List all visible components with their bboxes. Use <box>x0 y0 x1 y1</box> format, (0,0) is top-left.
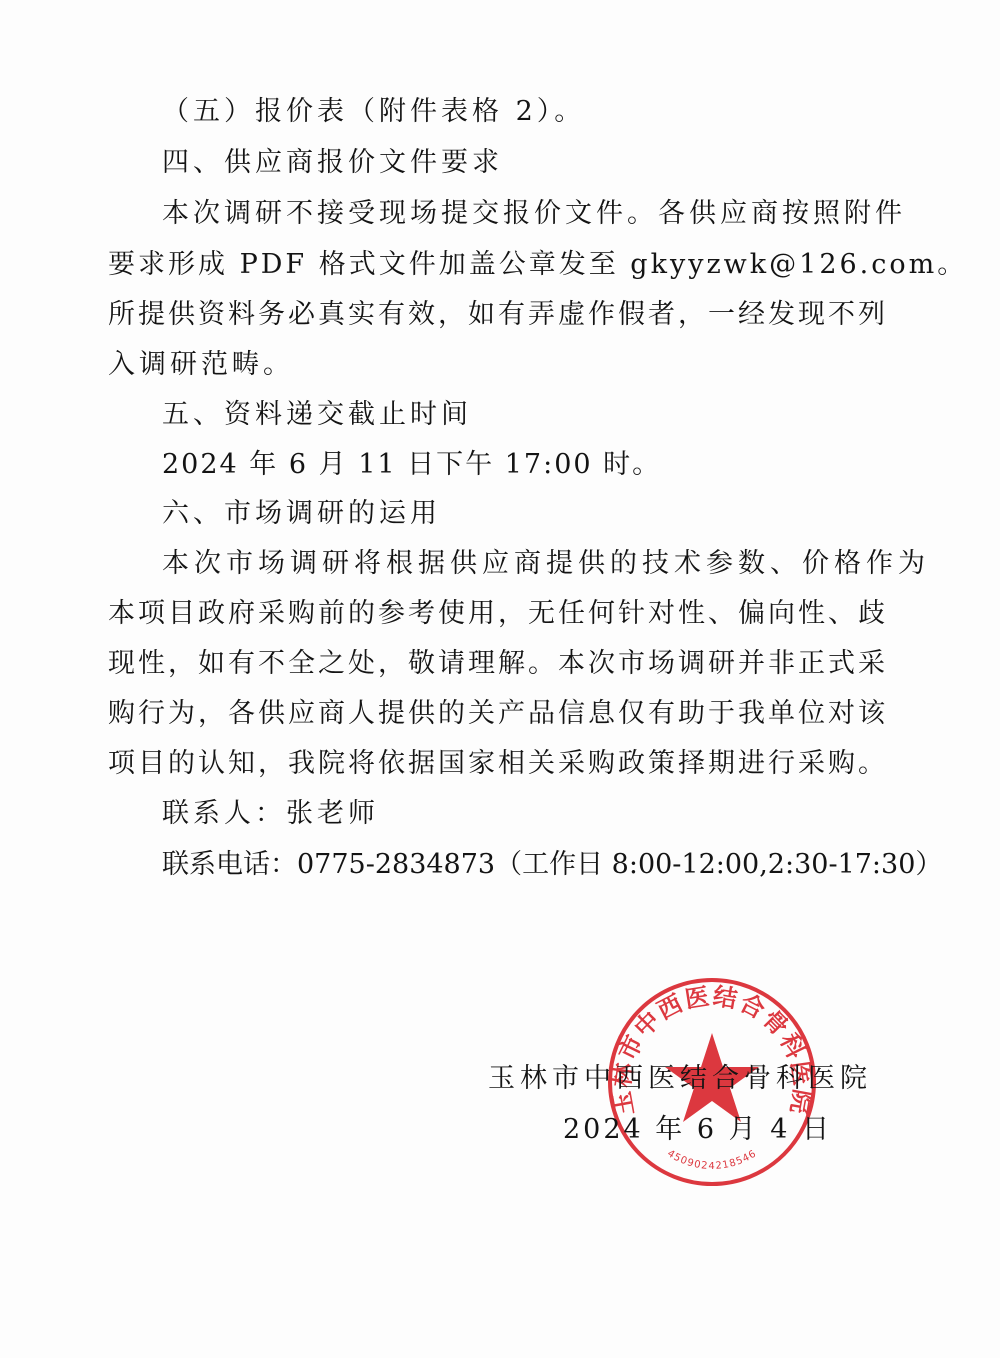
contact-phone: 联系电话：0775-2834873（工作日 8:00-12:00,2:30-17… <box>162 848 942 882</box>
paragraph-line: 本次市场调研将根据供应商提供的技术参数、价格作为 <box>162 547 930 581</box>
signature-date: 2024 年 6 月 4 日 <box>563 1113 832 1147</box>
svg-text:4509024218546: 4509024218546 <box>665 1148 759 1172</box>
contact-person: 联系人：张老师 <box>162 797 379 831</box>
document-page: （五）报价表（附件表格 2）。 四、供应商报价文件要求 本次调研不接受现场提交报… <box>0 0 1000 1358</box>
paragraph-line: 项目的认知，我院将依据国家相关采购政策择期进行采购。 <box>108 747 888 781</box>
paragraph-line: 现性，如有不全之处，敬请理解。本次市场调研并非正式采 <box>108 647 888 681</box>
paragraph-line: 入调研范畴。 <box>108 348 294 382</box>
section-heading-6: 六、市场调研的运用 <box>162 497 441 531</box>
paragraph-line: 本项目政府采购前的参考使用，无任何针对性、偏向性、歧 <box>108 597 888 631</box>
signature-organization: 玉林市中西医结合骨科医院 <box>488 1062 872 1096</box>
paragraph-line: 购行为，各供应商人提供的关产品信息仅有助于我单位对该 <box>108 697 888 731</box>
paragraph-line: 所提供资料务必真实有效，如有弄虚作假者，一经发现不列 <box>108 298 888 332</box>
paragraph-line-email: 要求形成 PDF 格式文件加盖公章发至 gkyyzwk@126.com。 <box>108 248 967 282</box>
section-heading-4: 四、供应商报价文件要求 <box>162 146 503 180</box>
stamp-code: 4509024218546 <box>665 1148 759 1172</box>
item-quote-form: （五）报价表（附件表格 2）。 <box>162 95 585 129</box>
deadline-text: 2024 年 6 月 11 日下午 17:00 时。 <box>162 448 661 482</box>
section-heading-5: 五、资料递交截止时间 <box>162 398 472 432</box>
paragraph-line: 本次调研不接受现场提交报价文件。各供应商按照附件 <box>162 197 906 231</box>
